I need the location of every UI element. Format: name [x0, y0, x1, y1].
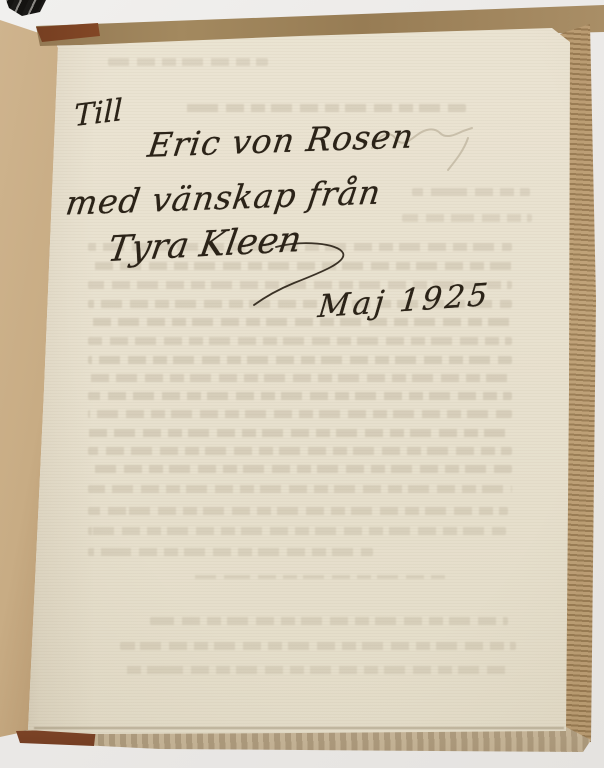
typed-bleed-line [88, 507, 508, 515]
typed-bleed-line [88, 392, 512, 400]
typed-bleed-line [402, 214, 532, 222]
typed-bleed-line [88, 548, 373, 556]
inscription-line-to: Till [74, 93, 123, 134]
inscription-line-greeting: med vänskap från [63, 172, 383, 222]
typed-bleed-line [88, 527, 506, 535]
typed-bleed-line [88, 465, 512, 473]
typed-bleed-line [180, 104, 466, 112]
typed-bleed-line [88, 356, 512, 364]
typed-bleed-line [412, 188, 530, 196]
typed-bleed-line [88, 374, 512, 382]
typed-bleed-line [88, 485, 512, 493]
typed-bleed-line [88, 447, 512, 455]
typed-bleed-line [120, 642, 516, 650]
typed-bleed-line [108, 58, 268, 66]
book-page: Till Eric von Rosen med vänskap från Tyr… [0, 0, 604, 768]
typed-bleed-line [88, 318, 512, 326]
page-deckle-edge [34, 727, 564, 729]
book-spine-tip [0, 0, 52, 18]
book-photograph: { "inscription": { "dedication_to": "Til… [0, 0, 604, 768]
typed-bleed-line [150, 617, 508, 625]
typed-bleed-line [88, 410, 512, 418]
typed-bleed-line [88, 337, 512, 345]
inscription-line-recipient: Eric von Rosen [145, 116, 416, 165]
typed-bleed-line [125, 666, 510, 674]
typed-bleed-line [190, 575, 446, 579]
typed-bleed-line [88, 429, 512, 437]
